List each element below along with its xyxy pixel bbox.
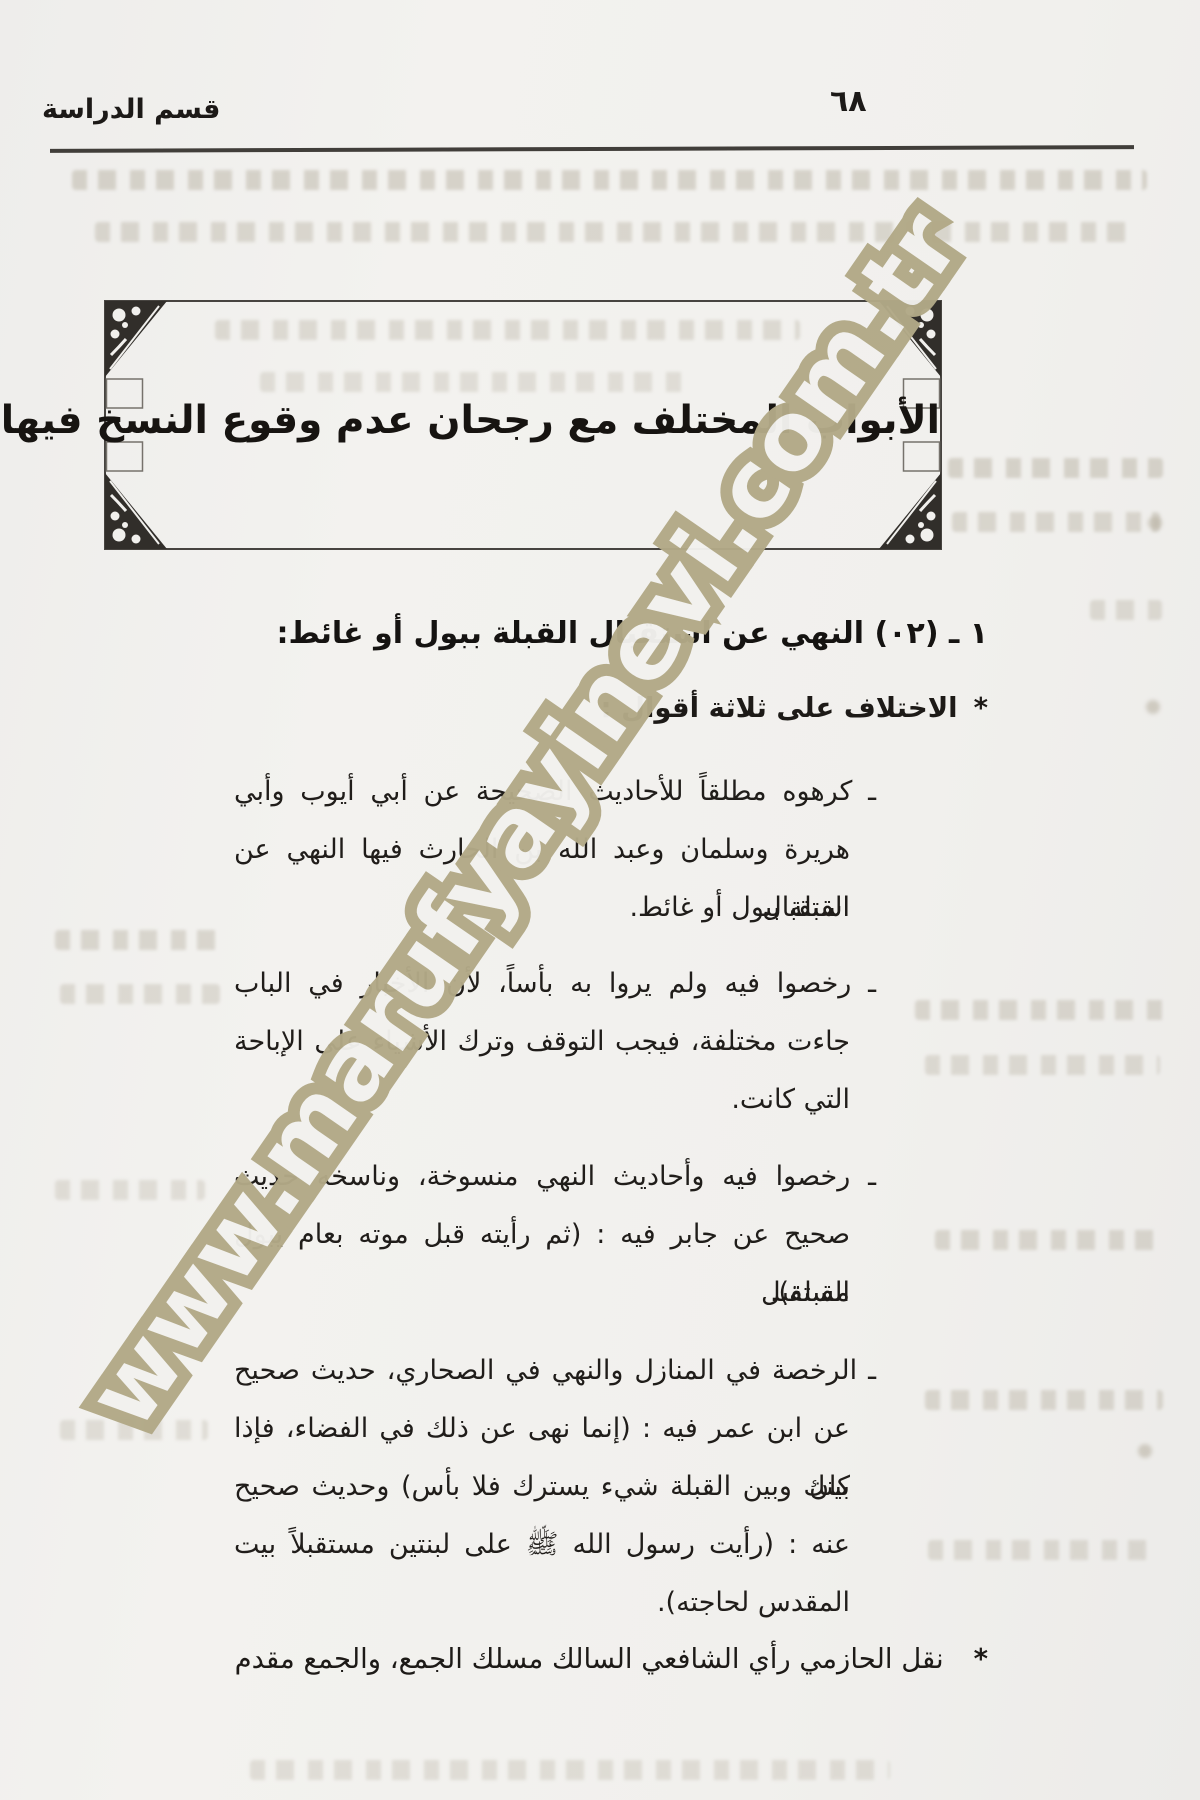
body-line: بينك وبين القبلة شيء يسترك فلا بأس) وحدي… [234, 1458, 850, 1516]
footnote-line: *نقل الحازمي رأي الشافعي السالك مسلك الج… [235, 1643, 988, 1675]
bullet-paragraph: ـ رخصوا فيه وأحاديث النهي منسوخة، وناسخه… [234, 1148, 850, 1322]
body-line: المقدس لحاجته). [234, 1574, 850, 1632]
bullet-paragraph: ـ كرهوه مطلقاً للأحاديث الصحيحة عن أبي أ… [234, 763, 850, 937]
body-line: عن ابن عمر فيه : (إنما نهى عن ذلك في الف… [234, 1400, 850, 1458]
corner-ornament-icon [105, 301, 167, 411]
bleed-through-line [250, 1760, 890, 1780]
bleed-through-line [928, 1540, 1160, 1560]
body-line: عنه : (رأيت رسول الله ﷺ على لبنتين مستقب… [234, 1516, 850, 1574]
book-page: قسم الدراسة ٦٨ [0, 0, 1200, 1800]
body-line: ـ رخصوا فيه وأحاديث النهي منسوخة، وناسخه… [234, 1148, 876, 1206]
bleed-through-line [95, 222, 1130, 242]
asterisk-marker: * [974, 1643, 988, 1675]
bleed-through-line [55, 1180, 205, 1200]
bleed-through-line [948, 458, 1163, 478]
body-line: القبلة ببول أو غائط. [234, 879, 850, 937]
dispute-line: *الاختلاف على ثلاثة أقوال : [601, 692, 988, 724]
corner-ornament-icon [105, 439, 167, 549]
footnote-text: نقل الحازمي رأي الشافعي السالك مسلك الجم… [235, 1643, 944, 1675]
body-line: صحيح عن جابر فيه : (ثم رأيته قبل موته بع… [234, 1206, 850, 1264]
bleed-through-line [60, 984, 220, 1004]
chapter-title-box: الأبواب المختلف مع رجحان عدم وقوع النسخ … [104, 300, 942, 550]
body-line: القبلة). [234, 1264, 850, 1322]
bleed-through-line [925, 1390, 1163, 1410]
running-header-section: قسم الدراسة [42, 94, 220, 125]
chapter-title: الأبواب المختلف مع رجحان عدم وقوع النسخ … [106, 398, 940, 443]
bleed-through-line [915, 1000, 1165, 1020]
body-line: ـ رخصوا فيه ولم يروا به بأساً، لأن الأخب… [234, 955, 876, 1013]
bleed-through-line [1090, 600, 1162, 620]
body-line: جاءت مختلفة، فيجب التوقف وترك الأشياء عل… [234, 1013, 850, 1071]
bleed-through-line [935, 1230, 1160, 1250]
bleed-through-line [925, 1055, 1160, 1075]
section-heading: ١ ـ (٠٢) النهي عن استقبال القبلة ببول أو… [277, 616, 988, 651]
bleed-through-line [72, 170, 1147, 190]
bullet-paragraph: ـ الرخصة في المنازل والنهي في الصحاري، ح… [234, 1342, 850, 1632]
body-line: هريرة وسلمان وعبد الله بن الحارث فيها ال… [234, 821, 850, 879]
bleed-through-line [55, 930, 225, 950]
bullet-paragraph: ـ رخصوا فيه ولم يروا به بأساً، لأن الأخب… [234, 955, 850, 1129]
header-rule [50, 145, 1134, 153]
bleed-through-mark [1146, 700, 1160, 714]
bleed-through-mark [1138, 1444, 1152, 1458]
body-line: ـ الرخصة في المنازل والنهي في الصحاري، ح… [234, 1342, 876, 1400]
bleed-through-line [60, 1420, 208, 1440]
corner-ornament-icon [879, 439, 941, 549]
corner-ornament-icon [879, 301, 941, 411]
body-line: التي كانت. [234, 1071, 850, 1129]
bleed-through-mark [1148, 516, 1162, 530]
page-number: ٦٨ [830, 84, 867, 119]
dispute-text: الاختلاف على ثلاثة أقوال : [601, 692, 958, 724]
body-line: ـ كرهوه مطلقاً للأحاديث الصحيحة عن أبي أ… [234, 763, 876, 821]
asterisk-marker: * [974, 692, 988, 724]
bleed-through-line [952, 512, 1160, 532]
